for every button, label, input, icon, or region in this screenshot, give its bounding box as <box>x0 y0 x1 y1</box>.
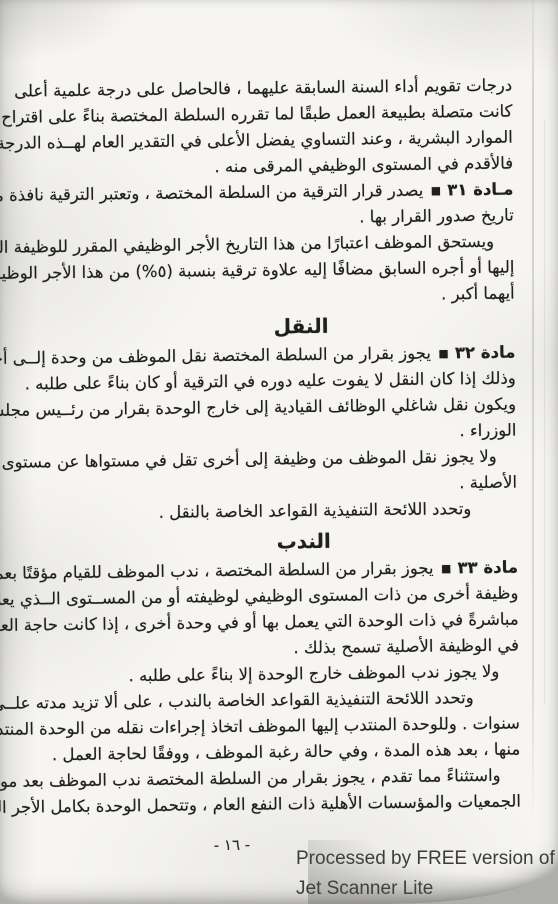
section-heading-transfer: النقل <box>5 309 515 345</box>
watermark-line-1: Processed by FREE version of <box>296 844 555 874</box>
article-32-label: مادة ٣٢ ▪ <box>438 343 516 363</box>
article-31-label: مـادة ٣١ ▪ <box>430 180 513 200</box>
document-text: درجات تقويم أداء السنة السابقة عليهما ، … <box>0 72 558 821</box>
article-33-opening: يجوز بقرار من السلطة المختصة ، ندب الموظ… <box>0 559 434 584</box>
scanned-page: درجات تقويم أداء السنة السابقة عليهما ، … <box>0 0 558 904</box>
watermark-line-2: Jet Scanner Lite <box>296 874 555 904</box>
article-31-opening: يصدر قرار الترقية من السلطة المختصة ، وت… <box>0 181 423 205</box>
article-32-opening: يجوز بقرار من السلطة المختصة نقل الموظف … <box>0 344 431 369</box>
text-line: وتحدد اللائحة التنفيذية القواعد الخاصة ب… <box>7 496 517 528</box>
article-33-label: مادة ٣٣ ▪ <box>440 558 518 578</box>
section-heading-secondment: الندب <box>8 524 518 560</box>
text-line: الجمعيات والمؤسسات الأهلية ذات النفع الع… <box>11 789 521 821</box>
scanner-watermark: Processed by FREE version of Jet Scanner… <box>296 844 555 904</box>
page-number: - ١٦ - <box>194 835 270 855</box>
